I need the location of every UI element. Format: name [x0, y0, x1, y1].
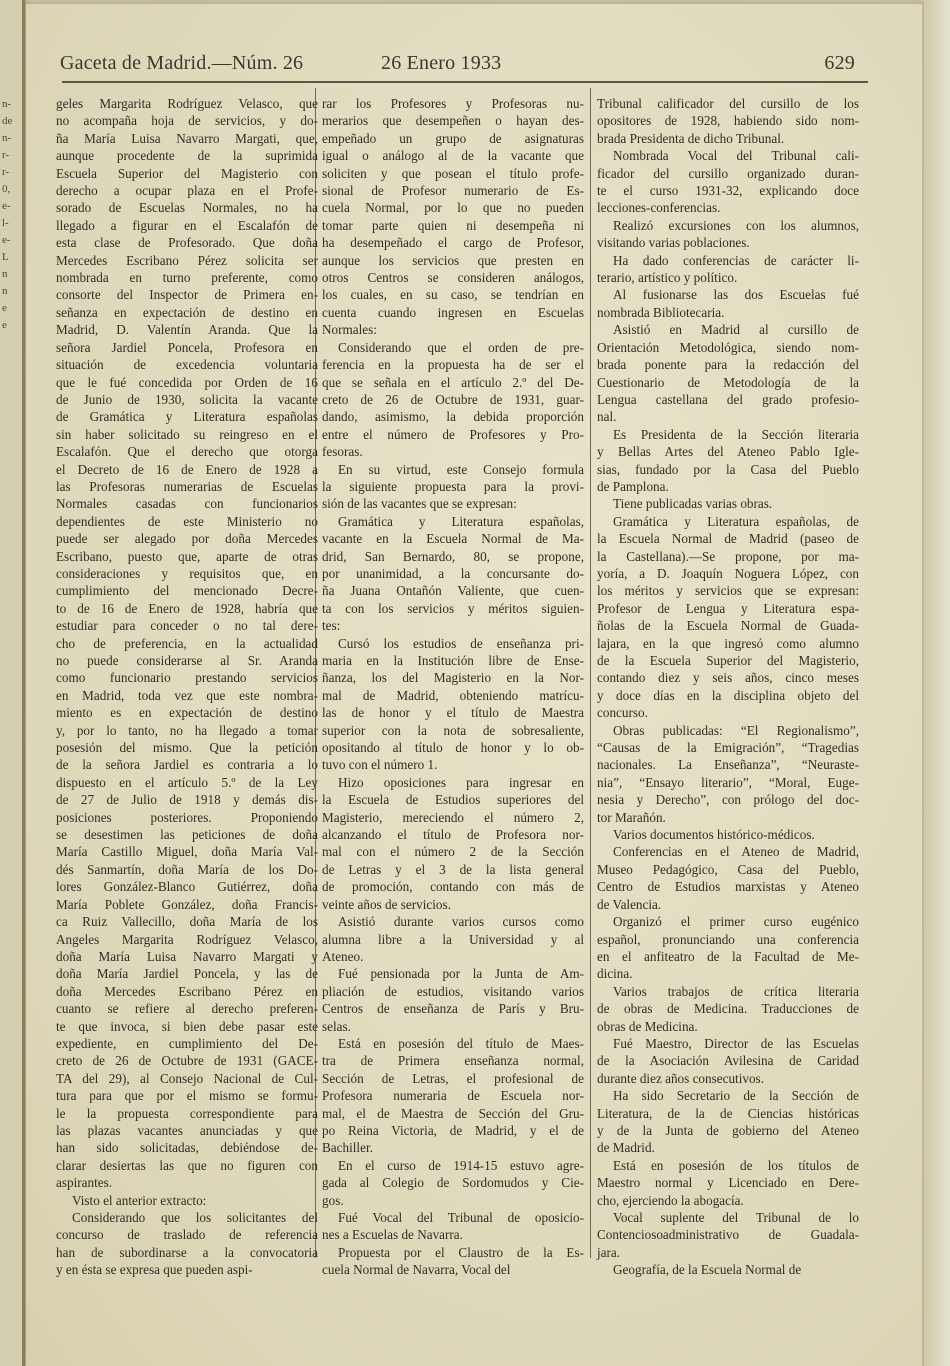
- text-line: expediente, en cumplimiento del De-: [56, 1035, 318, 1052]
- paragraph: En el curso de 1914-15 estuvo agre-gada …: [322, 1157, 584, 1209]
- text-line: de Pamplona.: [597, 478, 859, 495]
- text-line: ferencia en la propuesta ha de ser el: [322, 356, 584, 373]
- text-line: Centro de Estudios marxistas y Ateneo: [597, 878, 859, 895]
- text-line: gos.: [322, 1192, 584, 1209]
- text-line: En su virtud, este Consejo formula: [322, 461, 584, 478]
- text-line: geles Margarita Rodríguez Velasco, que: [56, 95, 318, 112]
- text-line: señora Jardiel Poncela, Profesora en: [56, 339, 318, 356]
- text-line: se desestimen las peticiones de doña: [56, 826, 318, 843]
- text-line: Escalafón. Que el derecho que otorga: [56, 443, 318, 460]
- text-line: Considerando que el orden de pre-: [322, 339, 584, 356]
- text-line: Orientación Metodológica, siendo nom-: [597, 339, 859, 356]
- text-line: consorte del Inspector de Primera en-: [56, 286, 318, 303]
- text-line: no acompaña hoja de servicios, y do-: [56, 112, 318, 129]
- paragraph: Ha dado conferencias de carácter li-tera…: [597, 252, 859, 287]
- text-line: Obras publicadas: “El Regionalismo”,: [597, 722, 859, 739]
- paragraph: Propuesta por el Claustro de la Es-cuela…: [322, 1244, 584, 1279]
- text-line: durante diez años consecutivos.: [597, 1070, 859, 1087]
- text-line: las de honor y el título de Maestra: [322, 704, 584, 721]
- text-line: Realizó excursiones con los alumnos,: [597, 217, 859, 234]
- text-line: Es Presidenta de la Sección literaria: [597, 426, 859, 443]
- text-line: nes a Escuelas de Navarra.: [322, 1226, 584, 1243]
- text-line: Está en posesión de los títulos de: [597, 1157, 859, 1174]
- text-line: Asistió en Madrid al cursillo de: [597, 321, 859, 338]
- paragraph: Fué Vocal del Tribunal de oposicio-nes a…: [322, 1209, 584, 1244]
- text-line: Contenciosoadministrativo de Guadala-: [597, 1226, 859, 1243]
- text-line: doña Mercedes Escribano Pérez en: [56, 983, 318, 1000]
- text-line: de Madrid.: [597, 1139, 859, 1156]
- text-line: posesión del mismo. Que la petición: [56, 739, 318, 756]
- text-line: señanza en expectación de destino en: [56, 304, 318, 321]
- text-line: entre el número de Profesores y Pro-: [322, 426, 584, 443]
- paragraph: Asistió en Madrid al cursillo deOrientac…: [597, 321, 859, 425]
- text-line: han de subordinarse a la convocatoria: [56, 1244, 318, 1261]
- paragraph: Está en posesión de los títulos deMaestr…: [597, 1157, 859, 1209]
- text-line: estudiar para conceder o no tal dere-: [56, 617, 318, 634]
- text-line: fesoras.: [322, 443, 584, 460]
- text-line: soliciten y que posean el título profe-: [322, 165, 584, 182]
- paragraph: geles Margarita Rodríguez Velasco, queno…: [56, 95, 318, 1192]
- text-line: nombrada en turno preferente, como: [56, 269, 318, 286]
- text-line: que le fué concedida por Orden de 16: [56, 374, 318, 391]
- text-line: Tribunal calificador del cursillo de los: [597, 95, 859, 112]
- text-line: Escuela Superior del Magisterio con: [56, 165, 318, 182]
- text-line: Cursó los estudios de enseñanza pri-: [322, 635, 584, 652]
- text-line: Fué Maestro, Director de las Escuelas: [597, 1035, 859, 1052]
- text-line: ña María Luisa Navarro Margati, que,: [56, 130, 318, 147]
- text-line: cuenta cuando ingresen en Escuelas: [322, 304, 584, 321]
- text-line: como funcionario prestando servicios: [56, 669, 318, 686]
- text-line: de la Escuela Superior del Magisterio,: [597, 652, 859, 669]
- paragraph: Ha sido Secretario de la Sección deLiter…: [597, 1087, 859, 1157]
- text-line: mal, el de Maestra de Sección del Gru-: [322, 1105, 584, 1122]
- text-line: mal de Madrid, obteniendo matrícu-: [322, 687, 584, 704]
- text-line: de la Asociación Avilesina de Caridad: [597, 1052, 859, 1069]
- text-line: cho, ejerciendo la abogacía.: [597, 1192, 859, 1209]
- text-line: llegado a figurar en el Escalafón de: [56, 217, 318, 234]
- text-line: Conferencias en el Ateneo de Madrid,: [597, 843, 859, 860]
- text-line: doña María Luisa Navarro Margati y: [56, 948, 318, 965]
- text-line: gada al Colegio de Sordomudos y Cie-: [322, 1174, 584, 1191]
- text-line: drid, San Bernardo, 80, se propone,: [322, 548, 584, 565]
- text-line: Considerando que los solicitantes del: [56, 1209, 318, 1226]
- text-line: Está en posesión del título de Maes-: [322, 1035, 584, 1052]
- text-line: aunque los servicios que presten en: [322, 252, 584, 269]
- paragraph: Considerando que el orden de pre-ferenci…: [322, 339, 584, 461]
- text-line: brada Presidenta de dicho Tribunal.: [597, 130, 859, 147]
- text-line: posiciones posteriores. Proponiendo: [56, 809, 318, 826]
- text-line: dicina.: [597, 965, 859, 982]
- text-line: de Gramática y Literatura españolas: [56, 408, 318, 425]
- paragraph: Asistió durante varios cursos comoalumna…: [322, 913, 584, 965]
- text-line: selas.: [322, 1018, 584, 1035]
- text-line: nombrada Bibliotecaria.: [597, 304, 859, 321]
- text-column-1: geles Margarita Rodríguez Velasco, queno…: [56, 95, 318, 1279]
- text-line: Cuestionario de Metodología de la: [597, 374, 859, 391]
- text-line: la Escuela Normal de Madrid (paseo de: [597, 530, 859, 547]
- text-line: ficador del cursillo organizado duran-: [597, 165, 859, 182]
- text-line: Tiene publicadas varias obras.: [597, 495, 859, 512]
- text-line: Escribano, puesto que, aparte de otras: [56, 548, 318, 565]
- page-header: Gaceta de Madrid.—Núm. 26 26 Enero 1933 …: [60, 52, 855, 82]
- text-line: ha desempeñado el cargo de Profesor,: [322, 234, 584, 251]
- text-line: “Causas de la Emigración”, “Tragedias: [597, 739, 859, 756]
- text-line: Vocal suplente del Tribunal de lo: [597, 1209, 859, 1226]
- text-line: dés Sanmartín, doña María de los Do-: [56, 861, 318, 878]
- text-line: tra de Primera enseñanza normal,: [322, 1052, 584, 1069]
- paragraph: Gramática y Literatura españolas, dela E…: [597, 513, 859, 722]
- text-line: mal con el número 2 de la Sección: [322, 843, 584, 860]
- text-line: tura para que por el mismo se formu-: [56, 1087, 318, 1104]
- text-line: derecho a ocupar plaza en el Profe-: [56, 182, 318, 199]
- text-line: aunque procedente de la suprimida: [56, 147, 318, 164]
- text-line: cho de preferencia, en la actualidad: [56, 635, 318, 652]
- paragraph: Organizó el primer curso eugénicoespañol…: [597, 913, 859, 983]
- text-line: por unanimidad, a la concursante do-: [322, 565, 584, 582]
- text-line: y doce días en la disciplina objeto del: [597, 687, 859, 704]
- text-line: cumplimiento del mencionado Decre-: [56, 582, 318, 599]
- text-line: lecciones-conferencias.: [597, 199, 859, 216]
- text-line: de la señora Jardiel es contraria a lo: [56, 756, 318, 773]
- text-line: consideraciones y requisitos que, en: [56, 565, 318, 582]
- text-line: TA del 29), al Consejo Nacional de Cul-: [56, 1070, 318, 1087]
- paragraph: Nombrada Vocal del Tribunal cali-ficador…: [597, 147, 859, 217]
- text-line: María Poblete González, doña Francis-: [56, 896, 318, 913]
- text-line: concurso de traslado de referencia: [56, 1226, 318, 1243]
- text-line: concurso.: [597, 704, 859, 721]
- paragraph: Está en posesión del título de Maes-tra …: [322, 1035, 584, 1157]
- text-line: Centros de enseñanza de París y Bru-: [322, 1000, 584, 1017]
- text-line: merarios que desempeñen o hayan des-: [322, 112, 584, 129]
- text-line: Geografía, de la Escuela Normal de: [597, 1261, 859, 1278]
- text-line: no puede considerarse al Sr. Aranda: [56, 652, 318, 669]
- text-line: la Escuela de Estudios superiores del: [322, 791, 584, 808]
- text-line: el Decreto de 16 de Enero de 1928 a: [56, 461, 318, 478]
- paragraph: Considerando que los solicitantes delcon…: [56, 1209, 318, 1279]
- text-line: sin haber solicitado su reingreso en el: [56, 426, 318, 443]
- text-line: situación de excedencia voluntaria: [56, 356, 318, 373]
- text-line: Fué pensionada por la Junta de Am-: [322, 965, 584, 982]
- text-line: los méritos y servicios que se expresan:: [597, 582, 859, 599]
- text-line: Al fusionarse las dos Escuelas fué: [597, 286, 859, 303]
- text-line: puede ser alegado por doña Mercedes: [56, 530, 318, 547]
- text-line: y de la Junta de gobierno del Ateneo: [597, 1122, 859, 1139]
- text-line: alumna libre a la Universidad y al: [322, 931, 584, 948]
- text-line: vacante en la Escuela Normal de Ma-: [322, 530, 584, 547]
- text-line: ca Ruiz Vallecillo, doña María de los: [56, 913, 318, 930]
- text-line: Normales casadas con funcionarios: [56, 495, 318, 512]
- text-line: nal.: [597, 408, 859, 425]
- text-line: superior con la nota de sobresaliente,: [322, 722, 584, 739]
- text-line: Fué Vocal del Tribunal de oposicio-: [322, 1209, 584, 1226]
- text-line: terario, artístico y político.: [597, 269, 859, 286]
- text-line: Asistió durante varios cursos como: [322, 913, 584, 930]
- text-line: le la propuesta correspondiente para: [56, 1105, 318, 1122]
- text-line: dispuesto en el artículo 5.º de la Ley: [56, 774, 318, 791]
- text-line: cuanto se refiere al derecho preferen-: [56, 1000, 318, 1017]
- text-line: de obras de Medicina. Traducciones de: [597, 1000, 859, 1017]
- text-line: contando diez y seis años, cinco meses: [597, 669, 859, 686]
- previous-page-edge: n- de n- r- r- 0, e- l- e- L n n e e: [0, 0, 25, 1366]
- text-line: maria en la Institución libre de Ense-: [322, 652, 584, 669]
- paragraph: Es Presidenta de la Sección literariay B…: [597, 426, 859, 496]
- column-separator: [590, 88, 591, 1258]
- paragraph: Varios trabajos de crítica literariade o…: [597, 983, 859, 1035]
- text-line: en el anfiteatro de la Facultad de Me-: [597, 948, 859, 965]
- paragraph: Tribunal calificador del cursillo de los…: [597, 95, 859, 147]
- header-rule: [62, 81, 868, 83]
- text-line: Varios documentos histórico-médicos.: [597, 826, 859, 843]
- text-line: nacionales. La Enseñanza”, “Neuraste-: [597, 756, 859, 773]
- text-line: María Castillo Miguel, doña María Val-: [56, 843, 318, 860]
- text-line: ñanza, los del Magisterio en la Nor-: [322, 669, 584, 686]
- text-line: de Letras y el 3 de la lista general: [322, 861, 584, 878]
- text-line: Ha sido Secretario de la Sección de: [597, 1087, 859, 1104]
- text-line: en Madrid, toda vez que este nombra-: [56, 687, 318, 704]
- text-line: Lengua castellana del grado profesio-: [597, 391, 859, 408]
- text-line: opositores de 1928, habiendo sido nom-: [597, 112, 859, 129]
- text-column-3: Tribunal calificador del cursillo de los…: [597, 95, 859, 1279]
- text-line: opositando al título de honor y lo ob-: [322, 739, 584, 756]
- text-line: Gramática y Literatura españolas,: [322, 513, 584, 530]
- text-line: Maestro normal y Licenciado en Dere-: [597, 1174, 859, 1191]
- text-line: español, pronunciando una conferencia: [597, 931, 859, 948]
- paragraph: Conferencias en el Ateneo de Madrid,Muse…: [597, 843, 859, 913]
- text-line: Gramática y Literatura españolas, de: [597, 513, 859, 530]
- text-line: Profesor de Lengua y Literatura espa-: [597, 600, 859, 617]
- text-line: ñolas de la Escuela Normal de Guada-: [597, 617, 859, 634]
- text-line: nesia y Derecho”, con prólogo del doc-: [597, 791, 859, 808]
- paragraph: Realizó excursiones con los alumnos,visi…: [597, 217, 859, 252]
- text-line: Varios trabajos de crítica literaria: [597, 983, 859, 1000]
- text-line: cuela Normal de Navarra, Vocal del: [322, 1261, 584, 1278]
- text-line: tomar parte quien ni desempeña ni: [322, 217, 584, 234]
- text-line: te el curso 1931-32, explicando doce: [597, 182, 859, 199]
- text-line: de 27 de Julio de 1918 y demás dis-: [56, 791, 318, 808]
- text-line: sias, fundado por la Casa del Pueblo: [597, 461, 859, 478]
- text-line: Hizo oposiciones para ingresar en: [322, 774, 584, 791]
- text-line: cuela Normal, por lo que no pueden: [322, 199, 584, 216]
- previous-page-fragments: n- de n- r- r- 0, e- l- e- L n n e e: [0, 0, 22, 334]
- text-line: nia”, “Ensayo literario”, “Moral, Euge-: [597, 774, 859, 791]
- text-line: de Valencia.: [597, 896, 859, 913]
- text-line: sión de las vacantes que se expresan:: [322, 495, 584, 512]
- issue-date: 26 Enero 1933: [381, 52, 501, 75]
- text-column-2: rar los Profesores y Profesoras nu-merar…: [322, 95, 584, 1279]
- page-edge-right: [924, 0, 950, 1366]
- text-line: Sección de Letras, el profesional de: [322, 1070, 584, 1087]
- text-line: Mercedes Escribano Pérez solicita ser: [56, 252, 318, 269]
- text-line: pliación de estudios, visitando varios: [322, 983, 584, 1000]
- text-line: brada ponente para la redacción del: [597, 356, 859, 373]
- text-line: lores González-Blanco Gutiérrez, doña: [56, 878, 318, 895]
- text-line: creto de 26 de Octubre de 1931, guar-: [322, 391, 584, 408]
- paragraph: Fué pensionada por la Junta de Am-pliaci…: [322, 965, 584, 1035]
- text-line: las Profesoras numerarias de Escuelas: [56, 478, 318, 495]
- text-line: Normales:: [322, 321, 584, 338]
- text-line: rar los Profesores y Profesoras nu-: [322, 95, 584, 112]
- text-line: esta clase de Profesorado. Que doña: [56, 234, 318, 251]
- text-line: En el curso de 1914-15 estuvo agre-: [322, 1157, 584, 1174]
- paragraph: Vocal suplente del Tribunal de loContenc…: [597, 1209, 859, 1261]
- text-line: empeñado un grupo de asignaturas: [322, 130, 584, 147]
- paragraph: Visto el anterior extracto:: [56, 1192, 318, 1209]
- paragraph: Cursó los estudios de enseñanza pri-mari…: [322, 635, 584, 774]
- text-line: yoría, a D. Joaquín Noguera López, con: [597, 565, 859, 582]
- text-line: to de 16 de Enero de 1928, habría que: [56, 600, 318, 617]
- text-line: Profesora numeraria de Escuela nor-: [322, 1087, 584, 1104]
- text-line: han sido solicitadas, debiéndose de-: [56, 1139, 318, 1156]
- paragraph: Geografía, de la Escuela Normal de: [597, 1261, 859, 1278]
- text-line: igual o análogo al de la vacante que: [322, 147, 584, 164]
- paragraph: Gramática y Literatura españolas,vacante…: [322, 513, 584, 635]
- paragraph: Varios documentos histórico-médicos.: [597, 826, 859, 843]
- text-line: ña Juana Ontañón Valiente, que cuen-: [322, 582, 584, 599]
- text-line: ta con los servicios y méritos siguien-: [322, 600, 584, 617]
- text-line: y en ésta se expresa que pueden aspi-: [56, 1261, 318, 1278]
- text-line: dando, asimismo, la debida proporción: [322, 408, 584, 425]
- paragraph: Hizo oposiciones para ingresar enla Escu…: [322, 774, 584, 913]
- text-line: Propuesta por el Claustro de la Es-: [322, 1244, 584, 1261]
- text-line: clarar desiertas las que no figuren con: [56, 1157, 318, 1174]
- text-line: los cuales, en su caso, se tendrían en: [322, 286, 584, 303]
- text-line: Madrid, D. Valentín Aranda. Que la: [56, 321, 318, 338]
- text-line: jara.: [597, 1244, 859, 1261]
- text-line: tes:: [322, 617, 584, 634]
- text-line: creto de 26 de Octubre de 1931 (GACE-: [56, 1052, 318, 1069]
- paragraph: Fué Maestro, Director de las Escuelasde …: [597, 1035, 859, 1087]
- text-line: Magisterio, mereciendo el número 2,: [322, 809, 584, 826]
- text-line: Bachiller.: [322, 1139, 584, 1156]
- text-line: alcanzando el título de Profesora nor-: [322, 826, 584, 843]
- paragraph: Obras publicadas: “El Regionalismo”,“Cau…: [597, 722, 859, 826]
- text-line: Ateneo.: [322, 948, 584, 965]
- text-line: las plazas vacantes anunciadas y que: [56, 1122, 318, 1139]
- text-line: lajara, en la que ingresó como alumno: [597, 635, 859, 652]
- text-line: doña María Jardiel Poncela, y las de: [56, 965, 318, 982]
- text-line: otros Centros se consideren análogos,: [322, 269, 584, 286]
- text-line: po Reina Victoria, de Madrid, y el de: [322, 1122, 584, 1139]
- text-line: de promoción, contando con más de: [322, 878, 584, 895]
- text-line: obras de Medicina.: [597, 1018, 859, 1035]
- text-line: de Junio de 1930, solicita la vacante: [56, 391, 318, 408]
- text-line: Literatura, de la de Ciencias históricas: [597, 1105, 859, 1122]
- text-line: aspirantes.: [56, 1174, 318, 1191]
- paragraph: Al fusionarse las dos Escuelas fuénombra…: [597, 286, 859, 321]
- paragraph: En su virtud, este Consejo formulala sig…: [322, 461, 584, 513]
- text-line: y, por lo tanto, no ha llegado a tomar: [56, 722, 318, 739]
- text-line: Nombrada Vocal del Tribunal cali-: [597, 147, 859, 164]
- text-line: miento es en expectación de destino: [56, 704, 318, 721]
- text-line: te que invoca, si bien debe pasar este: [56, 1018, 318, 1035]
- text-line: visitando varias poblaciones.: [597, 234, 859, 251]
- page-number: 629: [824, 52, 855, 75]
- text-line: Museo Pedagógico, Casa del Pueblo,: [597, 861, 859, 878]
- text-line: sorado de Escuelas Normales, no ha: [56, 199, 318, 216]
- paragraph: Tiene publicadas varias obras.: [597, 495, 859, 512]
- text-line: Organizó el primer curso eugénico: [597, 913, 859, 930]
- text-line: que se señala en el artículo 2.º del De-: [322, 374, 584, 391]
- text-line: dependientes de este Ministerio no: [56, 513, 318, 530]
- text-line: Angeles Margarita Rodríguez Velasco,: [56, 931, 318, 948]
- text-line: veinte años de servicios.: [322, 896, 584, 913]
- text-line: la Castellana).—Se propone, por ma-: [597, 548, 859, 565]
- text-line: Visto el anterior extracto:: [56, 1192, 318, 1209]
- publication-title: Gaceta de Madrid.—Núm. 26: [60, 52, 303, 75]
- text-line: sional de Profesor numerario de Es-: [322, 182, 584, 199]
- text-line: tor Marañón.: [597, 809, 859, 826]
- text-line: Ha dado conferencias de carácter li-: [597, 252, 859, 269]
- text-line: tuvo con el número 1.: [322, 756, 584, 773]
- paragraph: rar los Profesores y Profesoras nu-merar…: [322, 95, 584, 339]
- text-line: y Bellas Artes del Ateneo Pablo Igle-: [597, 443, 859, 460]
- text-line: la siguiente propuesta para la provi-: [322, 478, 584, 495]
